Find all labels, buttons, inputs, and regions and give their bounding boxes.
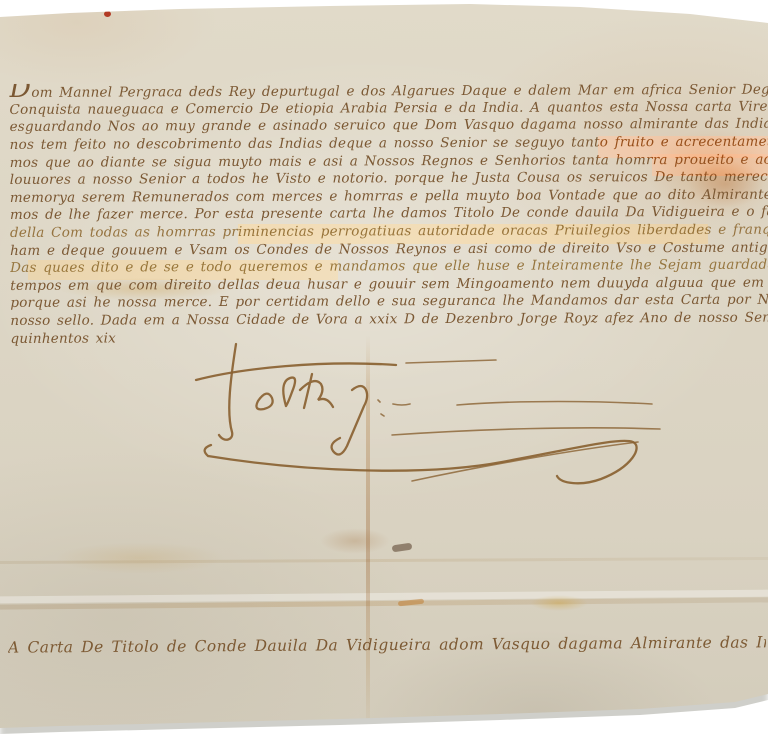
manuscript-line: Das quaes dito e de se e todo queremos e… [10,257,768,277]
manuscript-line: nosso sello. Dada em a Nossa Cidade de V… [10,310,768,330]
manuscript-line: mos de lhe fazer merce. Por esta present… [10,204,768,224]
royal-signature-el-rey [180,338,675,498]
manuscript-line: louuores a nosso Senior a todos he Visto… [10,169,768,189]
manuscript-line: nos tem feito no descobrimento das India… [10,134,768,154]
manuscript-photograph: Dom Mannel Pergraca deds Rey depurtugal … [0,0,768,735]
parchment-sheet: Dom Mannel Pergraca deds Rey depurtugal … [0,0,768,735]
manuscript-line: della Com todas as homrras priminencias … [10,222,768,242]
manuscript-line: porque asi he nossa merce. E por certida… [10,292,768,312]
manuscript-line: esguardando Nos ao muy grande e asinado … [10,116,768,136]
